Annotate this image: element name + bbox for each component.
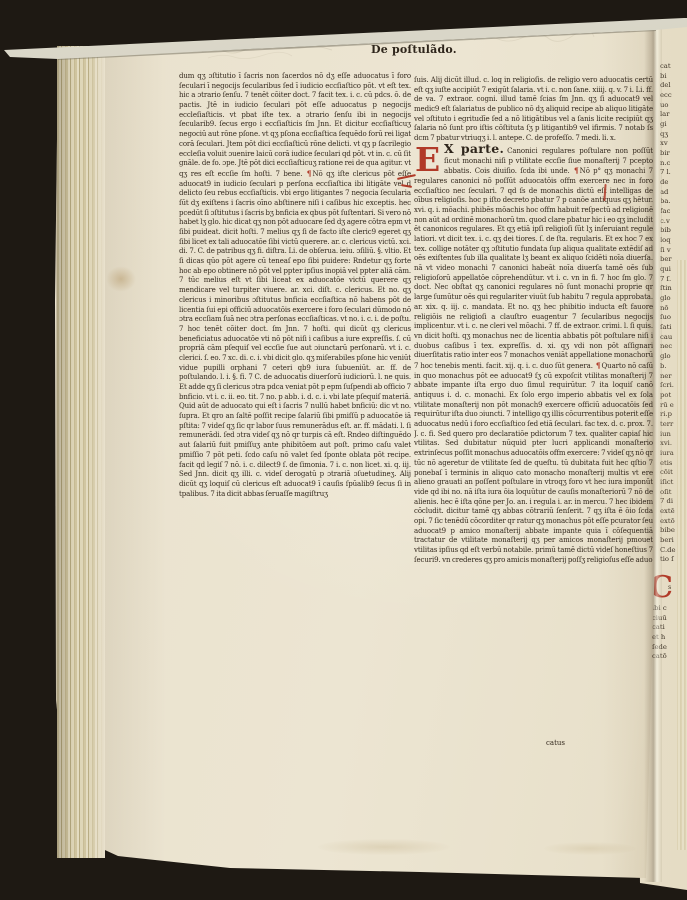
rubric-pilcrow: ¶ bbox=[306, 169, 313, 178]
right-column-main: EX parte.Canonici regulares poſtulare no… bbox=[414, 144, 653, 566]
running-header: De poſtulãdo. bbox=[371, 43, 501, 56]
right-column-intro: ſuis. Alij dicūt illud. c. loq in religi… bbox=[414, 76, 653, 144]
right-text-column: ſuis. Alij dicūt illud. c. loq in religi… bbox=[414, 76, 653, 738]
rubricated-initial-E: E bbox=[414, 145, 441, 174]
casus-incipit: X parte. bbox=[444, 141, 507, 156]
catchword: catus bbox=[546, 739, 606, 747]
rubric-pilcrow: ¶ bbox=[595, 361, 602, 370]
rubric-pilcrow: ¶ bbox=[573, 166, 580, 175]
left-text-column: dum qʒ ɔſtitutio ī ſacris non ſacerdos n… bbox=[179, 72, 411, 744]
